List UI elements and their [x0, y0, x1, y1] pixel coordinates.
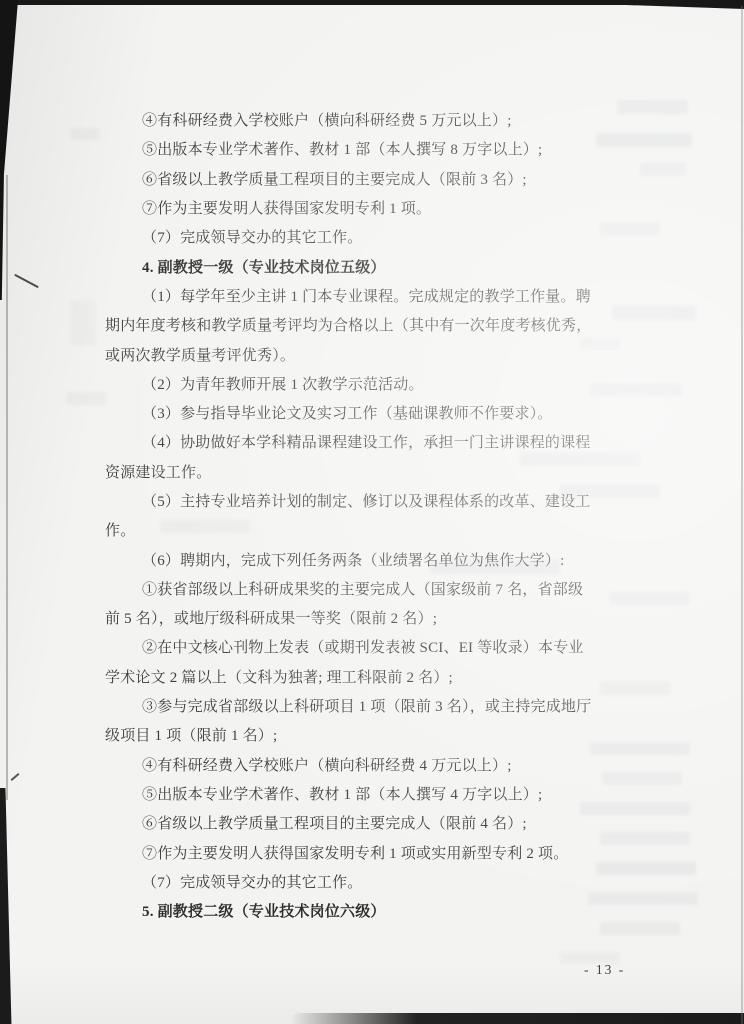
- doc-line: （3）参与指导毕业论文及实习工作（基础课教师不作要求）。: [105, 398, 591, 427]
- doc-line: （4）协助做好本学科精品课程建设工作，承担一门主讲课程的课程: [105, 427, 591, 456]
- doc-line: 作。: [105, 515, 591, 544]
- bleed-through-smudge: [596, 133, 692, 147]
- bleed-through-smudge: [66, 392, 106, 405]
- doc-line: ⑤出版本专业学术著作、教材 1 部（本人撰写 4 万字以上）;: [105, 779, 591, 808]
- bleed-through-smudge: [600, 922, 680, 935]
- bleed-through-smudge: [580, 802, 690, 815]
- scan-edge-left-bottom: [0, 788, 13, 1024]
- doc-line: ③参与完成省部级以上科研项目 1 项（限前 3 名），或主持完成地厅: [105, 691, 591, 720]
- doc-line: （6）聘期内，完成下列任务两条（业绩署名单位为焦作大学）:: [105, 544, 591, 573]
- doc-line: ⑦作为主要发明人获得国家发明专利 1 项或实用新型专利 2 项。: [105, 837, 591, 866]
- doc-line: ⑦作为主要发明人获得国家发明专利 1 项。: [105, 193, 591, 222]
- scanned-document-page: ④有科研经费入学校账户（横向科研经费 5 万元以上）; ⑤出版本专业学术著作、教…: [0, 0, 744, 1024]
- scan-right-edge-line: [741, 6, 743, 1024]
- doc-line: 级项目 1 项（限前 1 名）;: [105, 720, 591, 749]
- scan-edge-top-right: [574, 0, 744, 9]
- doc-line: 期内年度考核和教学质量考评均为合格以上（其中有一次年度考核优秀，: [105, 310, 591, 339]
- scan-left-fold-line: [6, 175, 8, 800]
- doc-line: ⑤出版本专业学术著作、教材 1 部（本人撰写 8 万字以上）;: [105, 134, 591, 163]
- scan-scratch-mark: [14, 274, 39, 288]
- bleed-through-smudge: [610, 592, 690, 605]
- bleed-through-smudge: [590, 742, 690, 755]
- bleed-through-smudge: [70, 128, 100, 140]
- bleed-through-smudge: [602, 772, 682, 785]
- bleed-through-smudge: [600, 682, 670, 695]
- doc-line: ②在中文核心刊物上发表（或期刊发表被 SCI、EI 等收录）本专业: [105, 632, 591, 661]
- scan-edge-bottom: [290, 1013, 744, 1024]
- bleed-through-smudge: [600, 223, 660, 236]
- bleed-through-smudge: [640, 163, 686, 176]
- doc-line: （1）每学年至少主讲 1 门本专业课程。完成规定的教学工作量。聘: [105, 281, 591, 310]
- doc-line: （7）完成领导交办的其它工作。: [105, 867, 591, 896]
- bleed-through-smudge: [590, 383, 682, 397]
- doc-line: ④有科研经费入学校账户（横向科研经费 4 万元以上）;: [105, 750, 591, 779]
- doc-line: 学术论文 2 篇以上（文科为独著; 理工科限前 2 名）;: [105, 662, 591, 691]
- bleed-through-smudge: [600, 832, 690, 845]
- doc-line: ④有科研经费入学校账户（横向科研经费 5 万元以上）;: [105, 105, 591, 134]
- scan-scratch-mark-small: [11, 773, 20, 781]
- page-number: - 13 -: [584, 962, 625, 978]
- doc-line: ⑥省级以上教学质量工程项目的主要完成人（限前 4 名）;: [105, 808, 591, 837]
- doc-line: （7）完成领导交办的其它工作。: [105, 222, 591, 251]
- bleed-through-smudge: [588, 892, 698, 905]
- doc-line: ①获省部级以上科研成果奖的主要完成人（国家级前 7 名，省部级: [105, 574, 591, 603]
- document-text-block: ④有科研经费入学校账户（横向科研经费 5 万元以上）; ⑤出版本专业学术著作、教…: [105, 105, 591, 925]
- doc-line: ⑥省级以上教学质量工程项目的主要完成人（限前 3 名）;: [105, 164, 591, 193]
- bleed-through-smudge: [596, 862, 696, 875]
- doc-line: （5）主持专业培养计划的制定、修订以及课程体系的改革、建设工: [105, 486, 591, 515]
- section-heading-5: 5. 副教授二级（专业技术岗位六级）: [105, 896, 591, 925]
- doc-line: （2）为青年教师开展 1 次教学示范活动。: [105, 369, 591, 398]
- bleed-through-smudge: [618, 100, 688, 114]
- scan-edge-left-wedge: [0, 0, 18, 300]
- doc-line: 前 5 名），或地厅级科研成果一等奖（限前 2 名）;: [105, 603, 591, 632]
- bleed-through-smudge: [612, 306, 696, 320]
- doc-line: 资源建设工作。: [105, 457, 591, 486]
- section-heading-4: 4. 副教授一级（专业技术岗位五级）: [105, 251, 591, 280]
- doc-line: 或两次教学质量考评优秀）。: [105, 339, 591, 368]
- bleed-through-smudge: [70, 300, 96, 346]
